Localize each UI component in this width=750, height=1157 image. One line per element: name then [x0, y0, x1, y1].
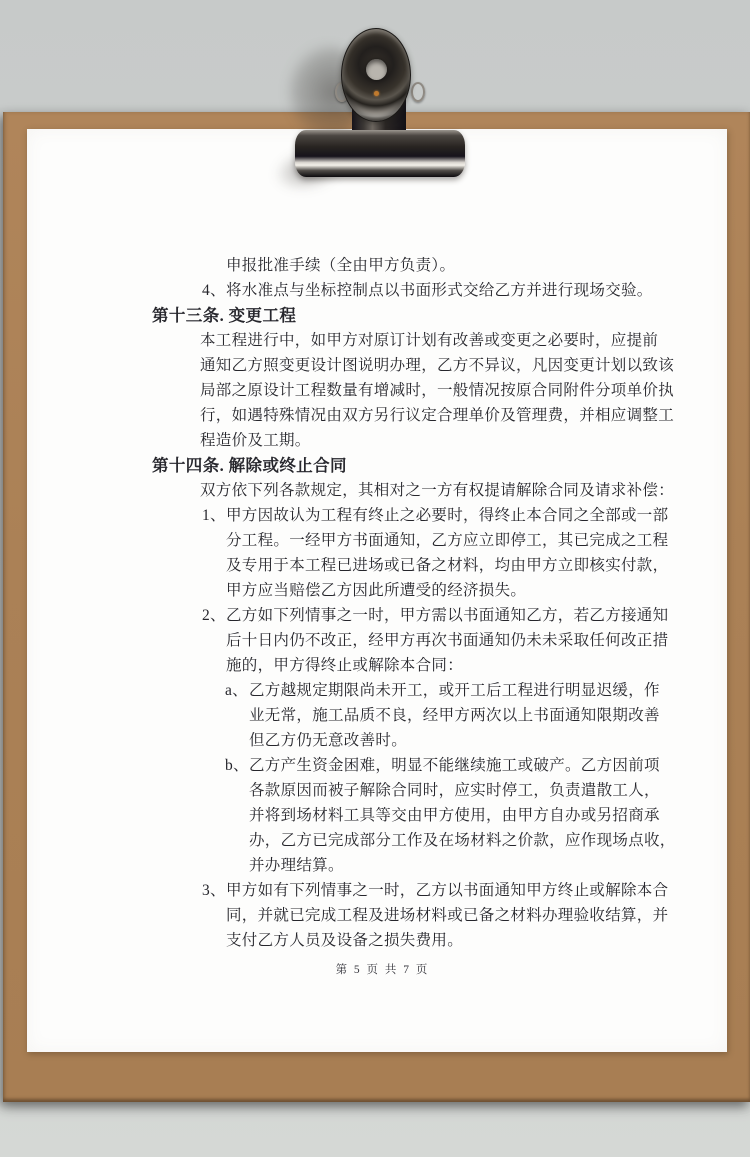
text-line: 后十日内仍不改正，经甲方再次书面通知仍未未采取任何改正措: [226, 628, 613, 653]
list-marker: 2、: [202, 603, 226, 628]
text-line: 及专用于本工程已进场或已备之材料，均由甲方立即核实付款，: [226, 553, 613, 578]
text-line: 程造价及工期。: [200, 428, 613, 453]
contract-page: 申报批准手续（全由甲方负责）。 4、 将水准点与坐标控制点以书面形式交给乙方并进…: [27, 129, 727, 1052]
text-line: 支付乙方人员及设备之损失费用。: [226, 928, 613, 953]
text-line: 同，并就已完成工程及进场材料或已备之材料办理验收结算，并: [226, 903, 613, 928]
clip-bar: [295, 130, 465, 177]
text-line: 甲方因故认为工程有终止之必要时，得终止本合同之全部或一部: [226, 503, 613, 528]
list-marker: b、: [225, 753, 249, 778]
list-item-2: 2、 乙方如下列情事之一时，甲方需以书面通知乙方，若乙方接通知 后十日内仍不改正…: [152, 603, 613, 678]
clause-heading-13: 第十三条. 变更工程: [152, 303, 613, 328]
list-marker: a、: [225, 678, 248, 703]
clause-heading-14: 第十四条. 解除或终止合同: [152, 453, 613, 478]
text-line: 局部之原设计工程数量有增减时，一般情况按原合同附件分项单价执: [200, 378, 613, 403]
heading-text: 第十四条. 解除或终止合同: [152, 453, 613, 478]
page-number: 第 5 页 共 7 页: [152, 958, 613, 983]
list-marker: 3、: [202, 878, 226, 903]
list-marker: 4、: [202, 278, 226, 303]
text-line: 分工程。一经甲方书面通知，乙方应立即停工，其已完成之工程: [226, 528, 613, 553]
clip-spring-loop-right: [411, 82, 425, 102]
text-line: 并办理结算。: [249, 853, 613, 878]
text-line: 申报批准手续（全由甲方负责）。: [226, 253, 613, 278]
text-line: 通知乙方照变更设计图说明办理，乙方不异议，凡因变更计划以致该: [200, 353, 613, 378]
contract-content: 申报批准手续（全由甲方负责）。 4、 将水准点与坐标控制点以书面形式交给乙方并进…: [27, 129, 727, 983]
text-line: 双方依下列各款规定，其相对之一方有权提请解除合同及请求补偿：: [200, 478, 613, 503]
clip-knob-glint: [374, 91, 379, 96]
text-line: 甲方如有下列情事之一时，乙方以书面通知甲方终止或解除本合: [226, 878, 613, 903]
text-line: 但乙方仍无意改善时。: [249, 728, 613, 753]
photo-scene: 申报批准手续（全由甲方负责）。 4、 将水准点与坐标控制点以书面形式交给乙方并进…: [0, 0, 750, 1157]
text-line: 各款原因而被子解除合同时，应实时停工，负责遣散工人，: [249, 778, 613, 803]
clause-13-body: 本工程进行中，如甲方对原订计划有改善或变更之必要时，应提前 通知乙方照变更设计图…: [200, 328, 613, 453]
list-marker: 1、: [202, 503, 226, 528]
paragraph-continuation: 申报批准手续（全由甲方负责）。: [226, 253, 613, 278]
text-line: 乙方如下列情事之一时，甲方需以书面通知乙方，若乙方接通知: [226, 603, 613, 628]
text-line: 办，乙方已完成部分工作及在场材料之价款，应作现场点收，: [249, 828, 613, 853]
binder-clip-icon: [295, 26, 465, 178]
text-line: 乙方产生资金困难，明显不能继续施工或破产。乙方因前项: [249, 753, 613, 778]
text-line: 施的，甲方得终止或解除本合同：: [226, 653, 613, 678]
list-item-1: 1、 甲方因故认为工程有终止之必要时，得终止本合同之全部或一部 分工程。一经甲方…: [152, 503, 613, 603]
text-line: 将水准点与坐标控制点以书面形式交给乙方并进行现场交验。: [226, 278, 613, 303]
list-item-3: 3、 甲方如有下列情事之一时，乙方以书面通知甲方终止或解除本合 同，并就已完成工…: [152, 878, 613, 953]
clip-knob-hole: [366, 59, 387, 80]
text-line: 并将到场材料工具等交由甲方使用，由甲方自办或另招商承: [249, 803, 613, 828]
sublist-item-a: a、 乙方越规定期限尚未开工，或开工后工程进行明显迟缓，作 业无常，施工品质不良…: [152, 678, 613, 753]
heading-text: 第十三条. 变更工程: [152, 303, 613, 328]
text-line: 业无常，施工品质不良，经甲方两次以上书面通知限期改善: [249, 703, 613, 728]
list-item-4: 4、 将水准点与坐标控制点以书面形式交给乙方并进行现场交验。: [152, 278, 613, 303]
sublist-item-b: b、 乙方产生资金困难，明显不能继续施工或破产。乙方因前项 各款原因而被子解除合…: [152, 753, 613, 878]
clause-14-intro: 双方依下列各款规定，其相对之一方有权提请解除合同及请求补偿：: [200, 478, 613, 503]
text-line: 本工程进行中，如甲方对原订计划有改善或变更之必要时，应提前: [200, 328, 613, 353]
text-line: 行，如遇特殊情况由双方另行议定合理单价及管理费，并相应调整工: [200, 403, 613, 428]
text-line: 乙方越规定期限尚未开工，或开工后工程进行明显迟缓，作: [249, 678, 613, 703]
clip-knob: [341, 28, 411, 122]
text-line: 甲方应当赔偿乙方因此所遭受的经济损失。: [226, 578, 613, 603]
